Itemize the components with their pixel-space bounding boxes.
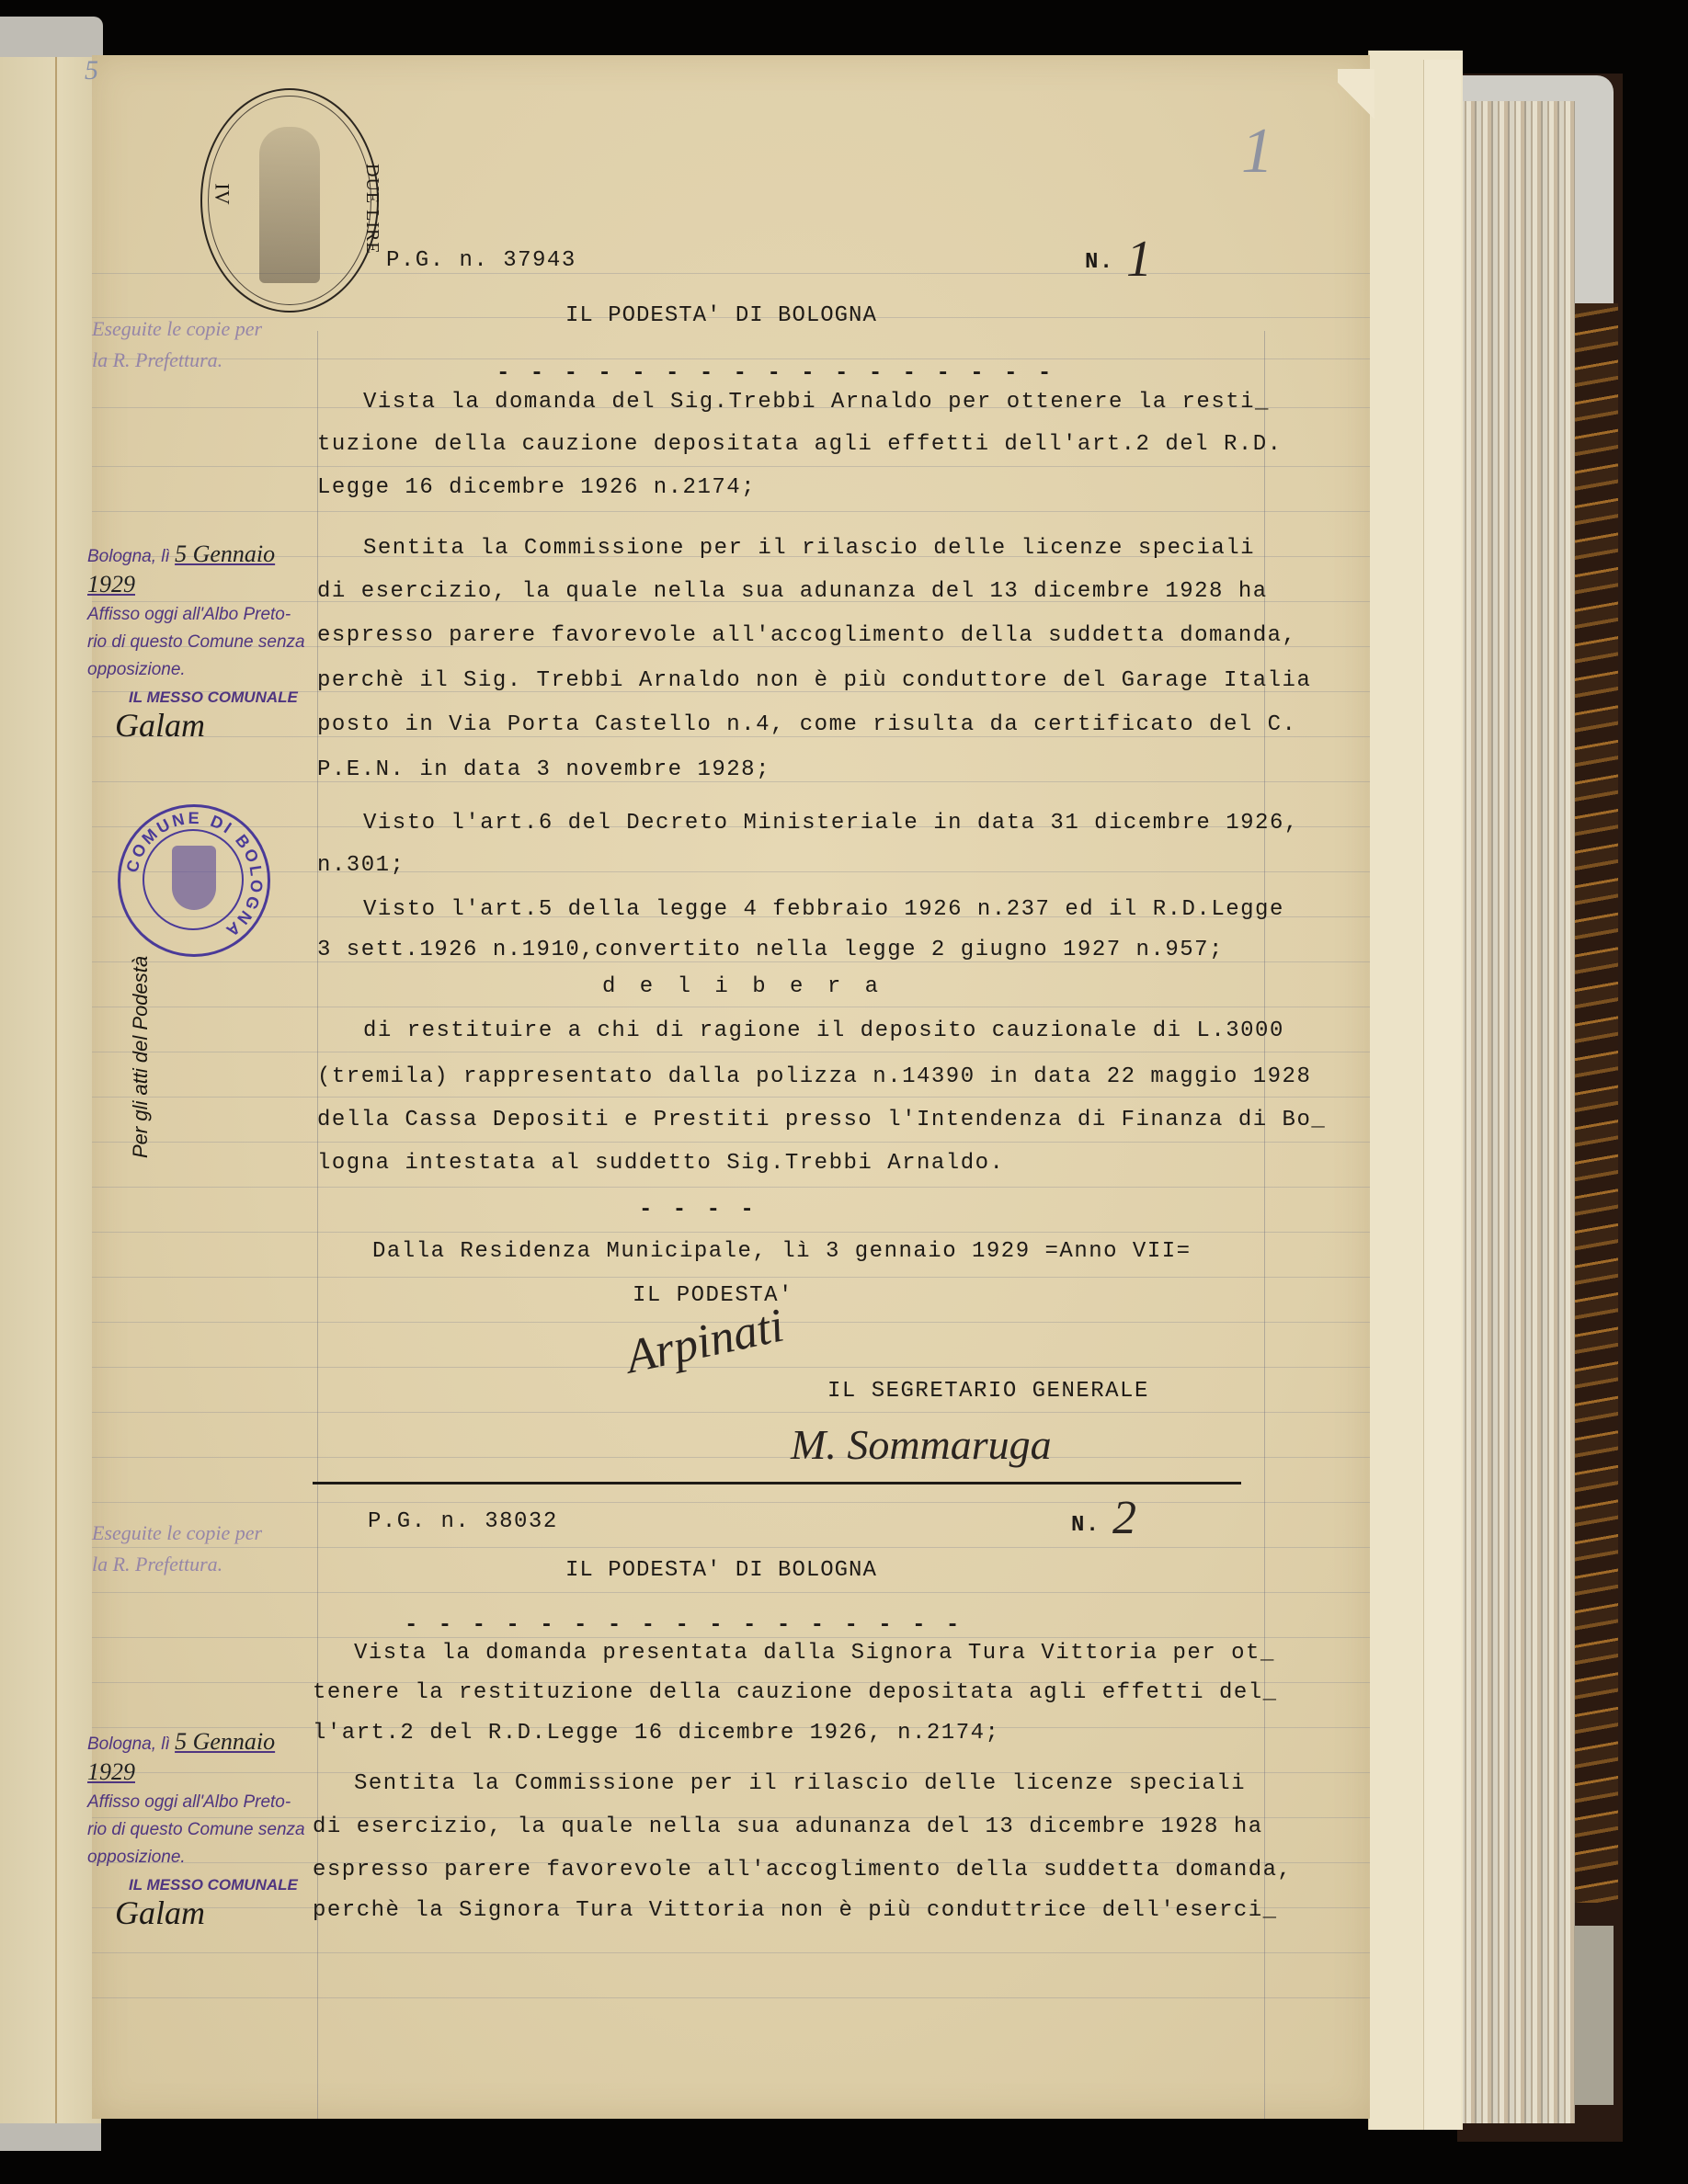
act2-separator: - - - - - - - - - - - - - - - - - [405,1613,963,1638]
act1-line: Visto l'art.6 del Decreto Ministeriale i… [363,811,1299,836]
posting-stamp-1: Bologna, lì 5 Gennaio 1929 Affisso oggi … [87,540,317,739]
act2-line: tenere la restituzione della cauzione de… [313,1680,1278,1705]
act1-number-label: N. [1085,250,1114,275]
page-stack-edge [1460,101,1575,2123]
act1-line: tuzione della cauzione depositata agli e… [317,432,1283,457]
act1-line: Visto l'art.5 della legge 4 febbraio 192… [363,897,1284,922]
act1-line: di esercizio, la quale nella sua adunanz… [317,579,1268,604]
act2-number-label: N. [1071,1513,1101,1538]
act2-line: Sentita la Commissione per il rilascio d… [354,1771,1246,1796]
act1-short-rule: - - - - [639,1198,758,1223]
messo-signature: Galam [87,1899,317,1927]
folio-pencil-number: 1 [1241,115,1273,188]
act1-heading: IL PODESTA' DI BOLOGNA [565,303,877,328]
act1-line: Legge 16 dicembre 1926 n.2174; [317,475,756,500]
right-page-flap-inner [1423,60,1461,2130]
italia-figure-icon [259,127,320,283]
act2-line: l'art.2 del R.D.Legge 16 dicembre 1926, … [313,1721,999,1746]
act2-heading: IL PODESTA' DI BOLOGNA [565,1558,877,1583]
act1-line: Sentita la Commissione per il rilascio d… [363,536,1255,561]
stamp-series-label: IV [211,183,234,204]
folded-corner [1338,69,1374,133]
per-gli-atti-label: Per gli atti del Podestà [129,956,153,1158]
act1-line: P.E.N. in data 3 novembre 1928; [317,757,770,782]
act2-pg-number: P.G. n. 38032 [368,1509,558,1534]
act1-line: espresso parere favorevole all'accoglime… [317,623,1296,648]
stamp-value-label: DUE LIRE [361,164,382,255]
act1-separator: - - - - - - - - - - - - - - - - - [496,361,1055,386]
act2-line: Vista la domanda presentata dalla Signor… [354,1641,1275,1666]
left-page-pencil-mark: 5 [85,55,98,86]
act1-signer2-title: IL SEGRETARIO GENERALE [827,1379,1149,1404]
copies-note-1: Eseguite le copie per la R. Prefettura. [92,317,262,372]
act1-line: 3 sett.1926 n.1910,convertito nella legg… [317,938,1224,962]
copies-note-2: Eseguite le copie per la R. Prefettura. [92,1521,262,1576]
act1-line: Vista la domanda del Sig.Trebbi Arnaldo … [363,390,1270,415]
act2-line: espresso parere favorevole all'accoglime… [313,1858,1292,1883]
act1-line: logna intestata al suddetto Sig.Trebbi A… [317,1151,1004,1176]
act2-line: perchè la Signora Tura Vittoria non è pi… [313,1898,1278,1923]
act2-number: 2 [1112,1491,1136,1545]
act1-number: 1 [1126,230,1152,289]
revenue-stamp: IV DUE LIRE [200,88,379,313]
act1-pg-number: P.G. n. 37943 [386,248,576,273]
act2-line: di esercizio, la quale nella sua adunanz… [313,1814,1263,1839]
act-divider [313,1482,1241,1484]
act1-line: di restituire a chi di ragione il deposi… [363,1018,1284,1043]
act1-closing: Dalla Residenza Municipale, lì 3 gennaio… [372,1239,1192,1264]
act1-line: n.301; [317,853,405,878]
act1-line: posto in Via Porta Castello n.4, come ri… [317,712,1296,737]
seal-ring-text: COMUNE DI BOLOGNA [120,807,268,954]
act1-line: della Cassa Depositi e Prestiti presso l… [317,1108,1326,1132]
svg-text:COMUNE DI BOLOGNA: COMUNE DI BOLOGNA [122,809,266,942]
gutter-line [55,57,57,2123]
messo-signature: Galam [87,711,317,739]
posting-stamp-2: Bologna, lì 5 Gennaio 1929 Affisso oggi … [87,1728,317,1927]
comune-di-bologna-seal: COMUNE DI BOLOGNA [118,804,270,957]
act1-signer2-signature: M. Sommaruga [791,1420,1052,1469]
act1-line: perchè il Sig. Trebbi Arnaldo non è più … [317,668,1311,693]
left-page-edge [0,57,101,2123]
act1-line: (tremila) rappresentato dalla polizza n.… [317,1064,1311,1089]
act1-deliberation-keyword: d e l i b e r a [602,974,884,999]
